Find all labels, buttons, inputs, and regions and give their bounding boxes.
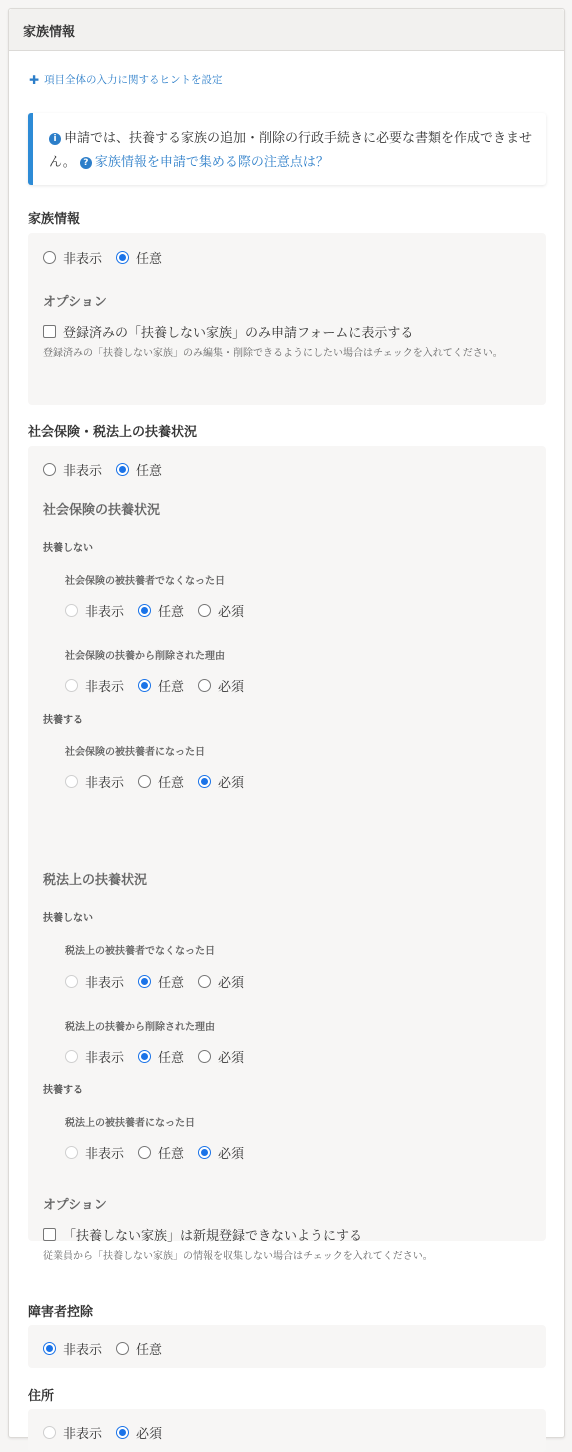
radio-circle[interactable] xyxy=(138,1146,151,1159)
radio-required[interactable]: 必須 xyxy=(198,1143,244,1162)
plus-icon: ✚ xyxy=(29,73,39,87)
section-title-family: 家族情報 xyxy=(28,208,80,227)
family-option-title: オプション xyxy=(43,291,107,310)
tax-dependent-label: 扶養する xyxy=(43,1081,83,1096)
radio-circle[interactable] xyxy=(138,679,151,692)
section-title-dependency: 社会保険・税法上の扶養状況 xyxy=(28,421,197,440)
radio-label: 必須 xyxy=(218,972,244,991)
radio-label: 必須 xyxy=(218,601,244,620)
radio-hidden[interactable]: 非表示 xyxy=(65,676,124,695)
radio-label: 非表示 xyxy=(85,676,124,695)
social-field-label: 社会保険の被扶養者になった日 xyxy=(65,743,205,758)
radio-circle[interactable] xyxy=(138,604,151,617)
tax-field-label: 税法上の被扶養者でなくなった日 xyxy=(65,942,215,957)
radio-circle[interactable] xyxy=(65,679,78,692)
tax-start-date-radios: 非表示 任意 必須 xyxy=(65,1143,258,1162)
radio-circle[interactable] xyxy=(43,251,56,264)
radio-label: 任意 xyxy=(158,676,184,695)
radio-circle[interactable] xyxy=(198,604,211,617)
social-start-date-radios: 非表示 任意 必須 xyxy=(65,772,258,791)
radio-label: 任意 xyxy=(136,248,162,267)
social-dependent-label: 扶養する xyxy=(43,711,83,726)
radio-dependency-optional[interactable]: 任意 xyxy=(116,460,162,479)
checkbox-label: 登録済みの「扶養しない家族」のみ申請フォームに表示する xyxy=(63,322,413,341)
radio-circle[interactable] xyxy=(65,975,78,988)
tax-removal-reason-radios: 非表示 任意 必須 xyxy=(65,1047,258,1066)
radio-optional[interactable]: 任意 xyxy=(138,676,184,695)
radio-circle[interactable] xyxy=(116,251,129,264)
dependency-visibility-radios: 非表示 任意 xyxy=(43,460,176,479)
radio-circle[interactable] xyxy=(138,775,151,788)
tax-title: 税法上の扶養状況 xyxy=(43,869,147,888)
family-info-card: 家族情報 ✚ 項目全体の入力に関するヒントを設定 i申請では、扶養する家族の追加… xyxy=(8,8,565,1438)
radio-dependency-hidden[interactable]: 非表示 xyxy=(43,460,102,479)
radio-circle[interactable] xyxy=(138,1050,151,1063)
radio-label: 任意 xyxy=(158,601,184,620)
card-title: 家族情報 xyxy=(9,9,564,51)
radio-family-hidden[interactable]: 非表示 xyxy=(43,248,102,267)
radio-label: 非表示 xyxy=(63,248,102,267)
radio-circle[interactable] xyxy=(43,1426,56,1439)
radio-label: 任意 xyxy=(136,460,162,479)
radio-label: 必須 xyxy=(136,1423,162,1442)
disability-panel: 非表示 任意 xyxy=(28,1325,546,1368)
social-field-label: 社会保険の扶養から削除された理由 xyxy=(65,647,225,662)
family-visibility-radios: 非表示 任意 xyxy=(43,248,176,267)
checkbox-box[interactable] xyxy=(43,1228,56,1241)
radio-disability-hidden[interactable]: 非表示 xyxy=(43,1339,102,1358)
checkbox-box[interactable] xyxy=(43,325,56,338)
radio-circle[interactable] xyxy=(116,463,129,476)
tax-not-dependent-label: 扶養しない xyxy=(43,909,93,924)
radio-hidden[interactable]: 非表示 xyxy=(65,1047,124,1066)
radio-label: 非表示 xyxy=(63,1339,102,1358)
radio-label: 必須 xyxy=(218,676,244,695)
address-panel: 非表示 必須 xyxy=(28,1409,546,1446)
tax-end-date-radios: 非表示 任意 必須 xyxy=(65,972,258,991)
radio-hidden[interactable]: 非表示 xyxy=(65,772,124,791)
radio-required[interactable]: 必須 xyxy=(198,601,244,620)
tax-field-label: 税法上の扶養から削除された理由 xyxy=(65,1018,215,1033)
radio-hidden[interactable]: 非表示 xyxy=(65,601,124,620)
radio-label: 必須 xyxy=(218,1047,244,1066)
radio-circle[interactable] xyxy=(65,1050,78,1063)
radio-address-hidden[interactable]: 非表示 xyxy=(43,1423,102,1442)
radio-circle[interactable] xyxy=(116,1342,129,1355)
radio-label: 非表示 xyxy=(85,972,124,991)
radio-required[interactable]: 必須 xyxy=(198,676,244,695)
dependency-panel: 非表示 任意 社会保険の扶養状況 扶養しない 社会保険の被扶養者でなくなった日 … xyxy=(28,446,546,1241)
radio-circle[interactable] xyxy=(198,679,211,692)
radio-circle[interactable] xyxy=(65,1146,78,1159)
family-help-text: 登録済みの「扶養しない家族」のみ編集・削除できるようにしたい場合はチェックを入れ… xyxy=(43,345,533,362)
radio-circle[interactable] xyxy=(43,1342,56,1355)
radio-optional[interactable]: 任意 xyxy=(138,972,184,991)
radio-label: 任意 xyxy=(158,1047,184,1066)
social-end-date-radios: 非表示 任意 必須 xyxy=(65,601,258,620)
social-field-label: 社会保険の被扶養者でなくなった日 xyxy=(65,572,225,587)
radio-label: 必須 xyxy=(218,1143,244,1162)
checkbox-disable-nondependent-registration[interactable]: 「扶養しない家族」は新規登録できないようにする xyxy=(43,1225,362,1244)
radio-label: 任意 xyxy=(158,1143,184,1162)
radio-optional[interactable]: 任意 xyxy=(138,601,184,620)
radio-circle[interactable] xyxy=(138,975,151,988)
caution-link-label: 家族情報を申請で集める際の注意点は？ xyxy=(95,155,329,170)
dependency-help-text: 従業員から「扶養しない家族」の情報を収集しない場合はチェックを入れてください。 xyxy=(43,1248,533,1265)
radio-optional[interactable]: 任意 xyxy=(138,1143,184,1162)
radio-circle[interactable] xyxy=(198,775,211,788)
question-circle-icon: ? xyxy=(80,157,92,169)
radio-label: 非表示 xyxy=(85,601,124,620)
radio-label: 任意 xyxy=(158,772,184,791)
checkbox-show-nondependent-only[interactable]: 登録済みの「扶養しない家族」のみ申請フォームに表示する xyxy=(43,322,413,341)
radio-label: 非表示 xyxy=(63,460,102,479)
radio-disability-optional[interactable]: 任意 xyxy=(116,1339,162,1358)
radio-required[interactable]: 必須 xyxy=(198,972,244,991)
social-not-dependent-label: 扶養しない xyxy=(43,539,93,554)
info-circle-icon: i xyxy=(49,133,61,145)
info-notice: i申請では、扶養する家族の追加・削除の行政手続きに必要な書類を作成できません。 … xyxy=(28,113,546,185)
set-hint-label: 項目全体の入力に関するヒントを設定 xyxy=(44,72,223,87)
social-insurance-title: 社会保険の扶養状況 xyxy=(43,499,160,518)
radio-label: 非表示 xyxy=(85,1143,124,1162)
radio-optional[interactable]: 任意 xyxy=(138,1047,184,1066)
section-title-address: 住所 xyxy=(28,1385,54,1404)
disability-radios: 非表示 任意 xyxy=(43,1339,176,1358)
radio-address-required[interactable]: 必須 xyxy=(116,1423,162,1442)
address-radios: 非表示 必須 xyxy=(43,1423,176,1442)
set-hint-link[interactable]: ✚ 項目全体の入力に関するヒントを設定 xyxy=(29,72,223,87)
radio-circle[interactable] xyxy=(198,1050,211,1063)
radio-label: 任意 xyxy=(158,972,184,991)
radio-hidden[interactable]: 非表示 xyxy=(65,972,124,991)
radio-label: 非表示 xyxy=(85,772,124,791)
tax-field-label: 税法上の被扶養者になった日 xyxy=(65,1114,195,1129)
radio-label: 必須 xyxy=(218,772,244,791)
radio-family-optional[interactable]: 任意 xyxy=(116,248,162,267)
family-info-caution-link[interactable]: ?家族情報を申請で集める際の注意点は？ xyxy=(80,155,329,170)
family-panel: 非表示 任意 オプション 登録済みの「扶養しない家族」のみ申請フォームに表示する… xyxy=(28,233,546,405)
radio-circle[interactable] xyxy=(65,775,78,788)
radio-required[interactable]: 必須 xyxy=(198,772,244,791)
radio-label: 任意 xyxy=(136,1339,162,1358)
dependency-option-title: オプション xyxy=(43,1194,107,1213)
radio-circle[interactable] xyxy=(65,604,78,617)
radio-label: 非表示 xyxy=(63,1423,102,1442)
radio-hidden[interactable]: 非表示 xyxy=(65,1143,124,1162)
social-removal-reason-radios: 非表示 任意 必須 xyxy=(65,676,258,695)
section-title-disability: 障害者控除 xyxy=(28,1301,93,1320)
radio-required[interactable]: 必須 xyxy=(198,1047,244,1066)
radio-optional[interactable]: 任意 xyxy=(138,772,184,791)
radio-circle[interactable] xyxy=(43,463,56,476)
radio-label: 非表示 xyxy=(85,1047,124,1066)
radio-circle[interactable] xyxy=(116,1426,129,1439)
radio-circle[interactable] xyxy=(198,975,211,988)
checkbox-label: 「扶養しない家族」は新規登録できないようにする xyxy=(63,1225,362,1244)
radio-circle[interactable] xyxy=(198,1146,211,1159)
